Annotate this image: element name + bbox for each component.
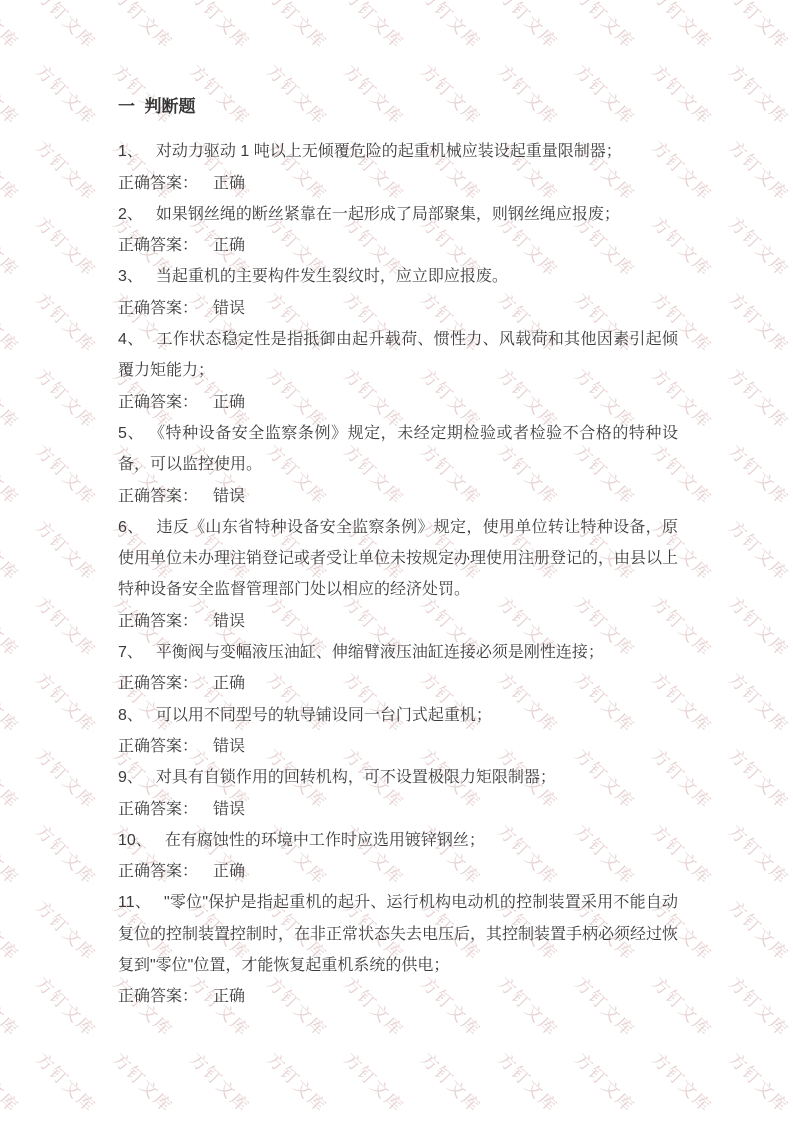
question-block: 7、平衡阀与变幅液压油缸、伸缩臂液压油缸连接必须是刚性连接； 正确答案：正确: [118, 637, 678, 700]
answer-label: 正确答案：: [118, 394, 198, 411]
answer-value: 错误: [213, 801, 245, 818]
question-line: 9、对具有自锁作用的回转机构，可不设置极限力矩限制器；: [118, 762, 678, 793]
watermark-text: 方钉文库: [0, 210, 26, 281]
section-title: 一 判断题: [118, 91, 678, 122]
watermark-text: 方钉文库: [724, 742, 793, 813]
answer-label: 正确答案：: [118, 175, 198, 192]
question-number: 4、: [118, 331, 144, 348]
watermark-text: 方钉文库: [31, 742, 102, 813]
answer-value: 错误: [213, 300, 245, 317]
watermark-text: 方钉文库: [724, 894, 793, 965]
question-number: 9、: [118, 769, 143, 786]
answer-label: 正确答案：: [118, 613, 198, 630]
answer-line: 正确答案：错误: [118, 731, 678, 762]
watermark-text: 方钉文库: [185, 0, 256, 53]
watermark-text: 方钉文库: [724, 590, 793, 661]
watermark-text: 方钉文库: [0, 0, 26, 53]
question-number: 10、: [118, 832, 152, 849]
question-block: 9、对具有自锁作用的回转机构，可不设置极限力矩限制器； 正确答案：错误: [118, 762, 678, 825]
question-number: 2、: [118, 206, 143, 223]
question-text: 对具有自锁作用的回转机构，可不设置极限力矩限制器；: [156, 769, 556, 786]
question-number: 5、: [118, 425, 144, 442]
watermark-text: 方钉文库: [339, 0, 410, 53]
question-block: 6、违反《山东省特种设备安全监察条例》规定，使用单位转让特种设备，原使用单位未办…: [118, 512, 678, 637]
question-text: 平衡阀与变幅液压油缸、伸缩臂液压油缸连接必须是刚性连接；: [156, 644, 604, 661]
watermark-text: 方钉文库: [724, 438, 793, 509]
watermark-text: 方钉文库: [493, 0, 564, 53]
watermark-text: 方钉文库: [31, 590, 102, 661]
watermark-text: 方钉文库: [570, 0, 641, 53]
answer-label: 正确答案：: [118, 988, 198, 1005]
answer-line: 正确答案：错误: [118, 794, 678, 825]
question-line: 1、对动力驱动 1 吨以上无倾覆危险的起重机械应装设起重量限制器；: [118, 136, 678, 167]
question-block: 3、当起重机的主要构件发生裂纹时，应立即应报废。 正确答案：错误: [118, 261, 678, 324]
document-content: 一 判断题 1、对动力驱动 1 吨以上无倾覆危险的起重机械应装设起重量限制器； …: [118, 91, 678, 1013]
watermark-text: 方钉文库: [31, 1046, 102, 1117]
watermark-text: 方钉文库: [724, 970, 793, 1041]
watermark-text: 方钉文库: [31, 362, 102, 433]
watermark-text: 方钉文库: [262, 1046, 333, 1117]
watermark-text: 方钉文库: [724, 666, 793, 737]
question-text: "零位"保护是指起重机的起升、运行机构电动机的控制装置采用不能自动复位的控制装置…: [118, 894, 678, 974]
watermark-text: 方钉文库: [724, 58, 793, 129]
question-number: 1、: [118, 143, 143, 160]
answer-label: 正确答案：: [118, 801, 198, 818]
answer-value: 正确: [213, 675, 245, 692]
watermark-text: 方钉文库: [31, 134, 102, 205]
question-number: 6、: [118, 519, 144, 536]
answer-line: 正确答案：错误: [118, 293, 678, 324]
question-text: 在有腐蚀性的环境中工作时应选用镀锌钢丝；: [165, 832, 485, 849]
answer-value: 正确: [213, 394, 245, 411]
question-block: 4、工作状态稳定性是指抵御由起升载荷、惯性力、风载荷和其他因素引起倾覆力矩能力；…: [118, 324, 678, 418]
watermark-text: 方钉文库: [31, 438, 102, 509]
answer-line: 正确答案：正确: [118, 387, 678, 418]
watermark-text: 方钉文库: [31, 210, 102, 281]
watermark-text: 方钉文库: [0, 362, 26, 433]
watermark-text: 方钉文库: [108, 0, 179, 53]
watermark-text: 方钉文库: [724, 210, 793, 281]
question-line: 6、违反《山东省特种设备安全监察条例》规定，使用单位转让特种设备，原使用单位未办…: [118, 512, 678, 606]
watermark-text: 方钉文库: [724, 362, 793, 433]
question-text: 工作状态稳定性是指抵御由起升载荷、惯性力、风载荷和其他因素引起倾覆力矩能力；: [118, 331, 678, 379]
answer-value: 错误: [213, 738, 245, 755]
watermark-text: 方钉文库: [0, 970, 26, 1041]
answer-line: 正确答案：错误: [118, 481, 678, 512]
watermark-text: 方钉文库: [0, 590, 26, 661]
answer-label: 正确答案：: [118, 863, 198, 880]
question-line: 11、"零位"保护是指起重机的起升、运行机构电动机的控制装置采用不能自动复位的控…: [118, 887, 678, 981]
watermark-text: 方钉文库: [416, 1046, 487, 1117]
watermark-text: 方钉文库: [108, 1046, 179, 1117]
answer-line: 正确答案：正确: [118, 668, 678, 699]
question-line: 2、如果钢丝绳的断丝紧靠在一起形成了局部聚集，则钢丝绳应报废；: [118, 199, 678, 230]
answer-label: 正确答案：: [118, 488, 198, 505]
question-line: 8、可以用不同型号的轨导铺设同一台门式起重机；: [118, 700, 678, 731]
watermark-text: 方钉文库: [724, 1046, 793, 1117]
watermark-text: 方钉文库: [31, 970, 102, 1041]
watermark-text: 方钉文库: [31, 894, 102, 965]
document-page: 方钉文库方钉文库方钉文库方钉文库方钉文库方钉文库方钉文库方钉文库方钉文库方钉文库…: [0, 0, 793, 1122]
answer-line: 正确答案：正确: [118, 981, 678, 1012]
question-block: 5、《特种设备安全监察条例》规定，未经定期检验或者检验不合格的特种设备，可以监控…: [118, 418, 678, 512]
watermark-text: 方钉文库: [0, 514, 26, 585]
watermark-text: 方钉文库: [724, 0, 793, 53]
watermark-text: 方钉文库: [31, 514, 102, 585]
question-number: 3、: [118, 268, 143, 285]
answer-line: 正确答案：错误: [118, 606, 678, 637]
watermark-text: 方钉文库: [31, 58, 102, 129]
watermark-text: 方钉文库: [724, 134, 793, 205]
watermark-text: 方钉文库: [0, 58, 26, 129]
question-text: 可以用不同型号的轨导铺设同一台门式起重机；: [156, 707, 492, 724]
question-block: 11、"零位"保护是指起重机的起升、运行机构电动机的控制装置采用不能自动复位的控…: [118, 887, 678, 1012]
question-line: 10、在有腐蚀性的环境中工作时应选用镀锌钢丝；: [118, 825, 678, 856]
answer-label: 正确答案：: [118, 738, 198, 755]
answer-value: 错误: [213, 613, 245, 630]
answer-line: 正确答案：正确: [118, 856, 678, 887]
watermark-text: 方钉文库: [0, 286, 26, 357]
answer-value: 正确: [213, 237, 245, 254]
watermark-text: 方钉文库: [0, 1046, 26, 1117]
answer-value: 正确: [213, 863, 245, 880]
watermark-text: 方钉文库: [262, 0, 333, 53]
answer-label: 正确答案：: [118, 237, 198, 254]
watermark-text: 方钉文库: [0, 894, 26, 965]
question-block: 10、在有腐蚀性的环境中工作时应选用镀锌钢丝； 正确答案：正确: [118, 825, 678, 888]
watermark-text: 方钉文库: [416, 0, 487, 53]
watermark-text: 方钉文库: [185, 1046, 256, 1117]
watermark-text: 方钉文库: [0, 666, 26, 737]
watermark-text: 方钉文库: [0, 818, 26, 889]
question-text: 如果钢丝绳的断丝紧靠在一起形成了局部聚集，则钢丝绳应报废；: [156, 206, 620, 223]
watermark-text: 方钉文库: [724, 514, 793, 585]
question-number: 7、: [118, 644, 143, 661]
answer-value: 正确: [213, 988, 245, 1005]
watermark-text: 方钉文库: [0, 134, 26, 205]
answer-label: 正确答案：: [118, 675, 198, 692]
question-text: 当起重机的主要构件发生裂纹时，应立即应报废。: [156, 268, 508, 285]
question-block: 1、对动力驱动 1 吨以上无倾覆危险的起重机械应装设起重量限制器； 正确答案：正…: [118, 136, 678, 199]
question-line: 5、《特种设备安全监察条例》规定，未经定期检验或者检验不合格的特种设备，可以监控…: [118, 418, 678, 481]
watermark-text: 方钉文库: [647, 0, 718, 53]
answer-label: 正确答案：: [118, 300, 198, 317]
question-text: 《特种设备安全监察条例》规定，未经定期检验或者检验不合格的特种设备，可以监控使用…: [118, 425, 678, 473]
answer-value: 正确: [213, 175, 245, 192]
question-number: 11、: [118, 894, 151, 911]
question-number: 8、: [118, 707, 143, 724]
watermark-text: 方钉文库: [31, 666, 102, 737]
question-line: 7、平衡阀与变幅液压油缸、伸缩臂液压油缸连接必须是刚性连接；: [118, 637, 678, 668]
question-line: 4、工作状态稳定性是指抵御由起升载荷、惯性力、风载荷和其他因素引起倾覆力矩能力；: [118, 324, 678, 387]
question-block: 2、如果钢丝绳的断丝紧靠在一起形成了局部聚集，则钢丝绳应报废； 正确答案：正确: [118, 199, 678, 262]
watermark-text: 方钉文库: [647, 1046, 718, 1117]
watermark-text: 方钉文库: [339, 1046, 410, 1117]
watermark-text: 方钉文库: [0, 438, 26, 509]
watermark-text: 方钉文库: [0, 742, 26, 813]
answer-line: 正确答案：正确: [118, 168, 678, 199]
question-block: 8、可以用不同型号的轨导铺设同一台门式起重机； 正确答案：错误: [118, 700, 678, 763]
question-line: 3、当起重机的主要构件发生裂纹时，应立即应报废。: [118, 261, 678, 292]
watermark-text: 方钉文库: [31, 818, 102, 889]
watermark-text: 方钉文库: [724, 286, 793, 357]
watermark-text: 方钉文库: [724, 818, 793, 889]
question-text: 违反《山东省特种设备安全监察条例》规定，使用单位转让特种设备，原使用单位未办理注…: [118, 519, 678, 599]
watermark-text: 方钉文库: [570, 1046, 641, 1117]
answer-value: 错误: [213, 488, 245, 505]
answer-line: 正确答案：正确: [118, 230, 678, 261]
watermark-text: 方钉文库: [31, 286, 102, 357]
watermark-text: 方钉文库: [493, 1046, 564, 1117]
question-text: 对动力驱动 1 吨以上无倾覆危险的起重机械应装设起重量限制器；: [156, 143, 622, 160]
watermark-text: 方钉文库: [31, 0, 102, 53]
